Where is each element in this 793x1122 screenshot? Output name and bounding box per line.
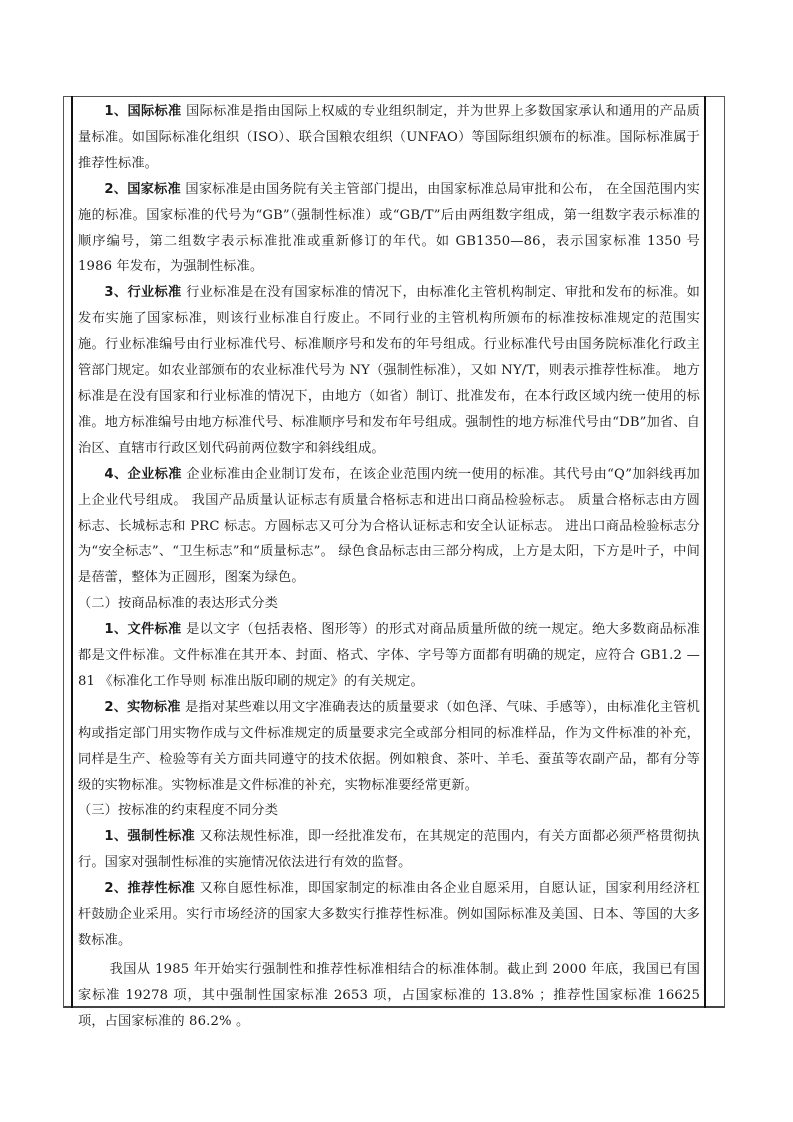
term-label: 实物标准 [127,700,181,715]
term-label: 企业标准 [128,467,182,482]
term-label: 强制性标准 [127,829,195,844]
paragraph-national-standard: 2、国家标准 国家标准是由国务院有关主管部门提出，由国家标准总局审批和公布， 在… [78,177,700,281]
item-number: 1、 [104,829,127,844]
table-border-right [704,96,706,1008]
paragraph-mandatory-standard: 1、强制性标准 又称法规性标准，即一经批准发布，在其规定的范围内，有关方面都必须… [78,824,700,876]
item-number: 4、 [104,467,127,482]
paragraph-physical-standard: 2、实物标准 是指对某些难以用文字准确表达的质量要求（如色泽、气味、手感等），由… [78,695,700,799]
section-heading-expression-form: （二）按商品标准的表达形式分类 [78,591,700,617]
paragraph-enterprise-standard: 4、企业标准 企业标准由企业制订发布，在该企业范围内统一使用的标准。其代号由“Q… [78,462,700,592]
item-number: 1、 [104,622,127,637]
term-label: 国家标准 [127,182,181,197]
paragraph-industry-standard: 3、行业标准 行业标准是在没有国家标准的情况下，由标准化主管机构制定、审批和发布… [78,280,700,461]
item-number: 1、 [104,104,127,119]
table-border-left [71,96,73,1008]
item-number: 2、 [104,182,127,197]
term-label: 国际标准 [127,104,181,119]
term-label: 文件标准 [127,622,181,637]
term-label: 行业标准 [127,285,181,300]
paragraph-standards-statistics: 我国从 1985 年开始实行强制性和推荐性标准相结合的标准体制。截止到 2000… [78,957,700,1035]
paragraph-international-standard: 1、国际标准 国际标准是指由国际上权威的专业组织制定，并为世界上多数国家承认和通… [78,99,700,177]
item-number: 2、 [104,700,127,715]
section-heading-constraint-degree: （三）按标准的约束程度不同分类 [78,798,700,824]
item-number: 3、 [104,285,127,300]
paragraph-text: 企业标准由企业制订发布，在该企业范围内统一使用的标准。其代号由“Q”加斜线再加上… [78,467,700,586]
item-number: 2、 [104,881,127,896]
document-body: 1、国际标准 国际标准是指由国际上权威的专业组织制定，并为世界上多数国家承认和通… [78,99,700,1035]
paragraph-text: 行业标准是在没有国家标准的情况下，由标准化主管机构制定、审批和发布的标准。如发布… [78,285,700,455]
paragraph-recommended-standard: 2、推荐性标准 又称自愿性标准，即国家制定的标准由各企业自愿采用，自愿认证，国家… [78,876,700,954]
term-label: 推荐性标准 [127,881,195,896]
paragraph-document-standard: 1、文件标准 是以文字（包括表格、图形等）的形式对商品质量所做的统一规定。绝大多… [78,617,700,695]
